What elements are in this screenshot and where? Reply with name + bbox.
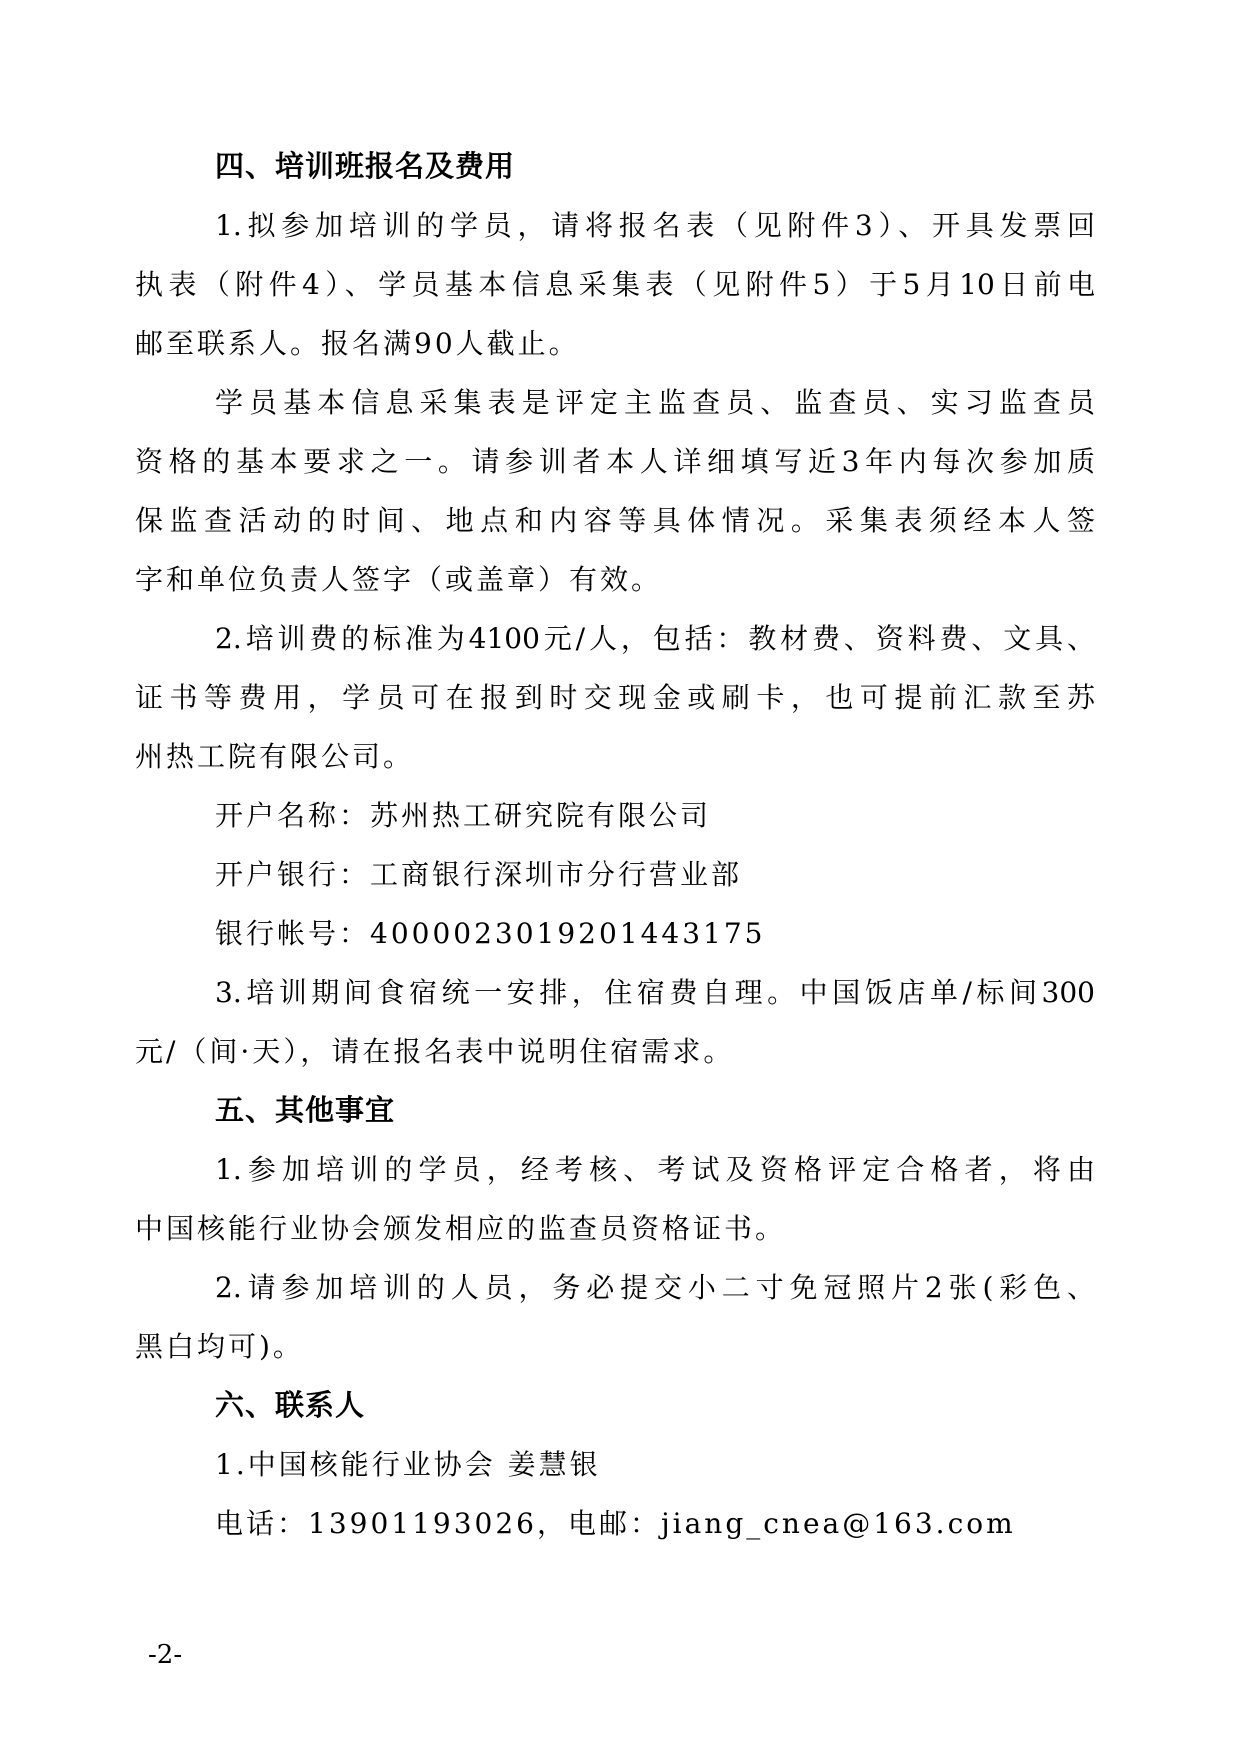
paragraph-line: 3.培训期间食宿统一安排，住宿费自理。中国饭店单/标间300	[135, 963, 1095, 1022]
paragraph-line: 资格的基本要求之一。请参训者本人详细填写近3年内每次参加质	[135, 432, 1095, 491]
account-number-line: 银行帐号：4000023019201443175	[135, 904, 1095, 963]
paragraph-line: 邮至联系人。报名满90人截止。	[135, 314, 1095, 373]
section-heading-registration: 四、培训班报名及费用	[135, 137, 1095, 196]
paragraph-line: 元/（间·天），请在报名表中说明住宿需求。	[135, 1022, 1095, 1081]
paragraph-line: 2.请参加培训的人员，务必提交小二寸免冠照片2张(彩色、	[135, 1258, 1095, 1317]
paragraph-line: 1.拟参加培训的学员，请将报名表（见附件3）、开具发票回	[135, 196, 1095, 255]
paragraph-line: 2.培训费的标准为4100元/人，包括：教材费、资料费、文具、	[135, 609, 1095, 668]
paragraph-line: 保监查活动的时间、地点和内容等具体情况。采集表须经本人签	[135, 491, 1095, 550]
account-bank-line: 开户银行：工商银行深圳市分行营业部	[135, 845, 1095, 904]
paragraph-line: 中国核能行业协会颁发相应的监查员资格证书。	[135, 1199, 1095, 1258]
paragraph-line: 州热工院有限公司。	[135, 727, 1095, 786]
contact-org-line: 1.中国核能行业协会 姜慧银	[135, 1435, 1095, 1494]
section-heading-contact: 六、联系人	[135, 1376, 1095, 1435]
paragraph-line: 证书等费用，学员可在报到时交现金或刷卡，也可提前汇款至苏	[135, 668, 1095, 727]
contact-phone-email-line: 电话：13901193026，电邮：jiang_cnea@163.com	[135, 1494, 1095, 1553]
document-page: 四、培训班报名及费用 1.拟参加培训的学员，请将报名表（见附件3）、开具发票回 …	[135, 137, 1095, 1553]
paragraph-line: 字和单位负责人签字（或盖章）有效。	[135, 550, 1095, 609]
paragraph-line: 学员基本信息采集表是评定主监查员、监查员、实习监查员	[135, 373, 1095, 432]
paragraph-line: 1.参加培训的学员，经考核、考试及资格评定合格者，将由	[135, 1140, 1095, 1199]
paragraph-line: 黑白均可)。	[135, 1317, 1095, 1376]
account-name-line: 开户名称：苏州热工研究院有限公司	[135, 786, 1095, 845]
section-heading-other-matters: 五、其他事宜	[135, 1081, 1095, 1140]
page-number: -2-	[148, 1640, 182, 1670]
paragraph-line: 执表（附件4）、学员基本信息采集表（见附件5）于5月10日前电	[135, 255, 1095, 314]
